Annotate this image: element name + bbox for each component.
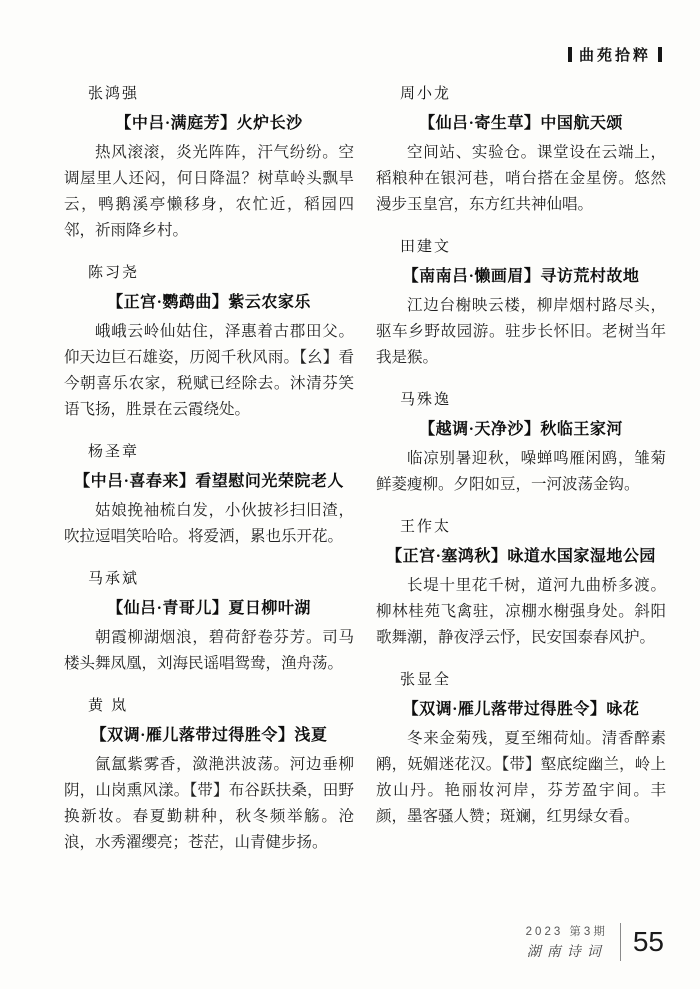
poem-body: 长堤十里花千树，道河九曲桥多渡。柳林桂苑飞禽驻，凉棚水榭强身处。斜阳歌舞潮，静夜… [376,573,666,651]
poem-section: 马殊逸 【越调·天净沙】秋临王家河 临凉别暑迎秋，噪蝉鸣雁闲鸥，雏菊鲜菱瘦柳。夕… [376,388,666,498]
poem-body: 氤氲紫雾香，潋滟洪波荡。河边垂柳阴，山岗熏风漾。【带】布谷跃扶桑，田野换新妆。春… [64,752,354,856]
poem-body: 空间站、实验仓。课堂设在云端上，稻粮种在银河巷，哨台搭在金星傍。悠然漫步玉皇宫，… [376,140,666,218]
magazine-name: 湖南诗词 [526,941,608,961]
section-header: 曲苑拾粹 [568,44,662,65]
poem-title: 【正宫·塞鸿秋】咏道水国家湿地公园 [376,543,666,566]
poem-author: 王作太 [376,515,666,536]
poem-title: 【南南吕·懒画眉】寻访荒村故地 [376,263,666,286]
page-number: 55 [633,926,664,958]
header-right-bar-icon [658,47,662,62]
footer-divider [620,923,621,961]
poem-section: 周小龙 【仙吕·寄生草】中国航天颂 空间站、实验仓。课堂设在云端上，稻粮种在银河… [376,82,666,218]
issue-block: 2023 第3期 湖南诗词 [526,923,608,961]
poem-author: 黄 岚 [64,694,354,715]
poem-body: 临凉别暑迎秋，噪蝉鸣雁闲鸥，雏菊鲜菱瘦柳。夕阳如豆，一河波荡金钩。 [376,446,666,498]
poem-author: 张鸿强 [64,82,354,103]
poem-section: 张鸿强 【中吕·满庭芳】火炉长沙 热风滚滚，炎光阵阵，汗气纷纷。空调屋里人还闷，… [64,82,354,244]
poem-section: 马承斌 【仙吕·青哥儿】夏日柳叶湖 朝霞柳湖烟浪，碧荷舒卷芬芳。司马楼头舞凤凰，… [64,567,354,677]
poem-section: 黄 岚 【双调·雁儿落带过得胜令】浅夏 氤氲紫雾香，潋滟洪波荡。河边垂柳阴，山岗… [64,694,354,856]
right-column: 周小龙 【仙吕·寄生草】中国航天颂 空间站、实验仓。课堂设在云端上，稻粮种在银河… [376,82,666,873]
poem-title: 【中吕·满庭芳】火炉长沙 [64,110,354,133]
poem-title: 【仙吕·青哥儿】夏日柳叶湖 [64,595,354,618]
poem-title: 【中吕·喜春来】看望慰问光荣院老人 [64,468,354,491]
poem-author: 张显全 [376,668,666,689]
poem-body: 朝霞柳湖烟浪，碧荷舒卷芬芳。司马楼头舞凤凰，刘海民谣唱鸳鸯，渔舟荡。 [64,625,354,677]
issue-info: 2023 第3期 [526,923,608,939]
poem-body: 江边台榭映云楼，柳岸烟村路尽头，驱车乡野故园游。驻步长怀旧。老树当年我是猴。 [376,293,666,371]
poem-author: 周小龙 [376,82,666,103]
page-footer: 2023 第3期 湖南诗词 55 [526,923,664,961]
poem-body: 峨峨云岭仙姑住，泽惠着古郡田父。仰天边巨石雄姿，历阅千秋风雨。【幺】看今朝喜乐农… [64,319,354,423]
poem-section: 陈习尧 【正宫·鹦鹉曲】紫云农家乐 峨峨云岭仙姑住，泽惠着古郡田父。仰天边巨石雄… [64,261,354,423]
poem-title: 【双调·雁儿落带过得胜令】浅夏 [64,722,354,745]
poem-section: 王作太 【正宫·塞鸿秋】咏道水国家湿地公园 长堤十里花千树，道河九曲桥多渡。柳林… [376,515,666,651]
poem-section: 张显全 【双调·雁儿落带过得胜令】咏花 冬来金菊残，夏至缃荷灿。清香醉素鹇，妩媚… [376,668,666,830]
poem-author: 杨圣章 [64,440,354,461]
section-title: 曲苑拾粹 [579,44,651,65]
poem-body: 姑娘挽袖梳白发，小伙披衫扫旧渣，吹拉逗唱笑哈哈。将爱洒，累也乐开花。 [64,498,354,550]
poem-author: 马殊逸 [376,388,666,409]
poem-title: 【正宫·鹦鹉曲】紫云农家乐 [64,289,354,312]
poem-author: 田建文 [376,235,666,256]
poem-body: 热风滚滚，炎光阵阵，汗气纷纷。空调屋里人还闷，何日降温？树草岭头飘旱云，鸭鹅溪亭… [64,140,354,244]
poem-section: 杨圣章 【中吕·喜春来】看望慰问光荣院老人 姑娘挽袖梳白发，小伙披衫扫旧渣，吹拉… [64,440,354,550]
poem-section: 田建文 【南南吕·懒画眉】寻访荒村故地 江边台榭映云楼，柳岸烟村路尽头，驱车乡野… [376,235,666,371]
header-left-bar-icon [568,47,572,62]
poem-title: 【双调·雁儿落带过得胜令】咏花 [376,696,666,719]
poem-author: 马承斌 [64,567,354,588]
left-column: 张鸿强 【中吕·满庭芳】火炉长沙 热风滚滚，炎光阵阵，汗气纷纷。空调屋里人还闷，… [64,82,354,873]
poem-body: 冬来金菊残，夏至缃荷灿。清香醉素鹇，妩媚迷花汉。【带】壑底绽幽兰，岭上放山丹。艳… [376,726,666,830]
poem-title: 【仙吕·寄生草】中国航天颂 [376,110,666,133]
poem-columns: 张鸿强 【中吕·满庭芳】火炉长沙 热风滚滚，炎光阵阵，汗气纷纷。空调屋里人还闷，… [64,82,666,873]
magazine-page: 曲苑拾粹 张鸿强 【中吕·满庭芳】火炉长沙 热风滚滚，炎光阵阵，汗气纷纷。空调屋… [0,0,700,989]
poem-title: 【越调·天净沙】秋临王家河 [376,416,666,439]
poem-author: 陈习尧 [64,261,354,282]
